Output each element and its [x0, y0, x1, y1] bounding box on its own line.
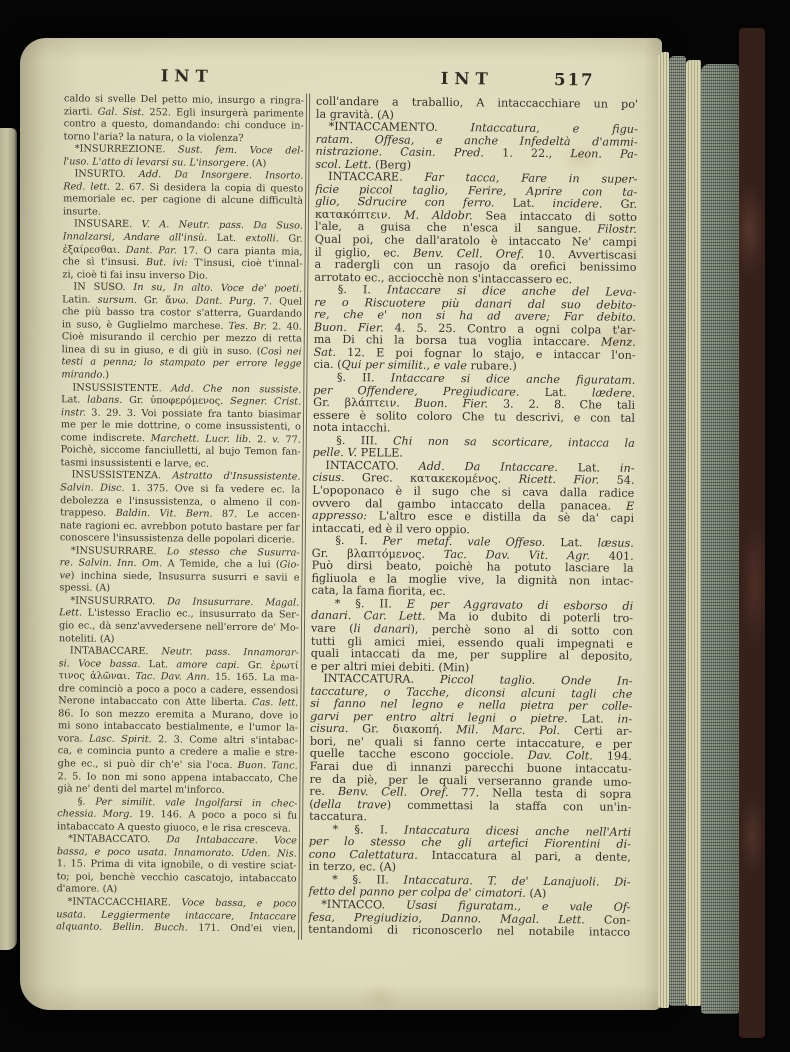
book-scan-photo: INT INT 517 caldo si svelle Del petto mi… [0, 0, 790, 1052]
page-edges-strip-inner [658, 52, 669, 1008]
page-content: INT INT 517 caldo si svelle Del petto mi… [15, 35, 666, 1013]
page-number: 517 [544, 70, 604, 90]
running-title-left: INT [132, 66, 242, 86]
text-line: tentandomi di riconoscerlo nel notabile … [308, 924, 630, 940]
running-title-right: INT [412, 69, 522, 89]
book-page: INT INT 517 caldo si svelle Del petto mi… [20, 38, 662, 1010]
page-header: INT INT 517 [24, 65, 666, 95]
dictionary-column-left: caldo si svelle Del petto mio, insurgo a… [56, 93, 304, 936]
dictionary-column-right: coll'andare a traballio, A intaccacchiar… [308, 96, 638, 940]
book-cover-edge [739, 28, 765, 1038]
page-edges-strip-outer [701, 64, 739, 1014]
adjacent-page-edge [0, 128, 17, 950]
page-edges-strip-cream [686, 60, 701, 1006]
page-edges-strip-marbled [669, 56, 686, 1006]
text-line: alquanto. Bellin. Bucch. 171. Ond'ei vie… [56, 921, 296, 936]
